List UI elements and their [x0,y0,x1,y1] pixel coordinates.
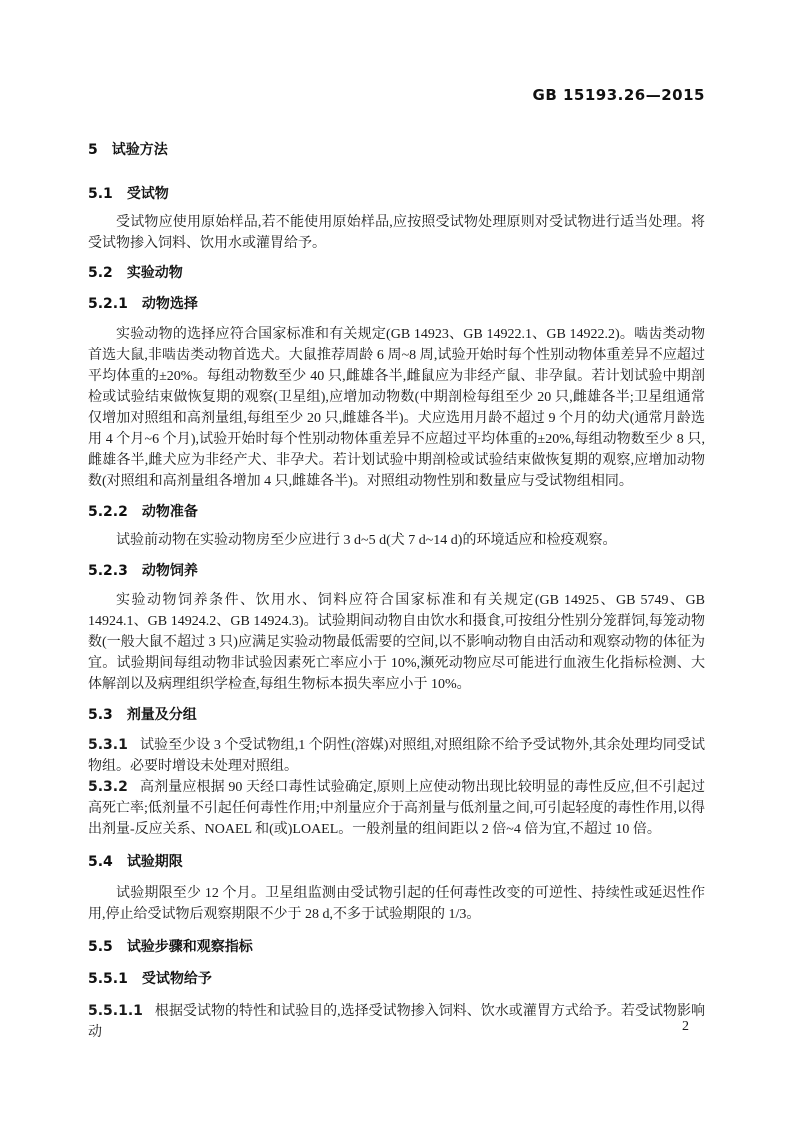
clause-number: 5.3.1 [88,737,128,753]
clause-number: 5.2 [88,265,113,281]
paragraph-5-3-1: 5.3.1试验至少设 3 个受试物组,1 个阴性(溶媒)对照组,对照组除不给予受… [88,735,705,777]
clause-number: 5.4 [88,854,113,870]
clause-number: 5.5 [88,939,113,955]
heading-5-5: 5.5试验步骤和观察指标 [88,937,705,958]
clause-title: 受试物给予 [142,971,212,987]
heading-5-2-3: 5.2.3动物饲养 [88,561,705,582]
heading-5-1: 5.1受试物 [88,184,705,205]
clause-number: 5.2.3 [88,563,128,579]
heading-5-2-2: 5.2.2动物准备 [88,502,705,523]
heading-5-2: 5.2实验动物 [88,263,705,284]
paragraph-5-2-3: 实验动物饲养条件、饮用水、饲料应符合国家标准和有关规定(GB 14925、GB … [88,590,705,695]
heading-5-5-1: 5.5.1受试物给予 [88,969,705,990]
clause-title: 试验期限 [127,854,183,870]
clause-title: 剂量及分组 [127,707,197,723]
clause-number: 5.2.1 [88,296,128,312]
clause-title: 动物准备 [142,504,198,520]
standard-number-header: GB 15193.26—2015 [533,86,705,104]
clause-title: 实验动物 [127,265,183,281]
document-body: 5试验方法 5.1受试物 受试物应使用原始样品,若不能使用原始样品,应按照受试物… [88,140,705,1043]
paragraph-text: 根据受试物的特性和试验目的,选择受试物掺入饲料、饮水或灌胃方式给予。若受试物影响… [88,1004,705,1040]
heading-5-2-1: 5.2.1动物选择 [88,294,705,315]
clause-number: 5.1 [88,186,113,202]
clause-number: 5.2.2 [88,504,128,520]
clause-title: 试验方法 [112,142,168,158]
clause-number: 5.5.1.1 [88,1003,143,1019]
clause-number: 5.5.1 [88,971,128,987]
clause-number: 5.3 [88,707,113,723]
clause-title: 动物选择 [142,296,198,312]
page-number: 2 [682,1019,689,1035]
clause-title: 试验步骤和观察指标 [127,939,253,955]
paragraph-text: 高剂量应根据 90 天经口毒性试验确定,原则上应使动物出现比较明显的毒性反应,但… [88,780,705,837]
clause-number: 5.3.2 [88,779,128,795]
paragraph-5-1: 受试物应使用原始样品,若不能使用原始样品,应按照受试物处理原则对受试物进行适当处… [88,212,705,254]
clause-title: 动物饲养 [142,563,198,579]
paragraph-5-5-1-1: 5.5.1.1根据受试物的特性和试验目的,选择受试物掺入饲料、饮水或灌胃方式给予… [88,1001,705,1043]
heading-5: 5试验方法 [88,140,705,161]
clause-number: 5 [88,142,98,158]
paragraph-5-2-1: 实验动物的选择应符合国家标准和有关规定(GB 14923、GB 14922.1、… [88,324,705,492]
document-page: GB 15193.26—2015 5试验方法 5.1受试物 受试物应使用原始样品… [0,0,793,1122]
clause-title: 受试物 [127,186,169,202]
paragraph-5-4: 试验期限至少 12 个月。卫星组监测由受试物引起的任何毒性改变的可逆性、持续性或… [88,883,705,925]
paragraph-text: 试验至少设 3 个受试物组,1 个阴性(溶媒)对照组,对照组除不给予受试物外,其… [88,738,705,774]
heading-5-3: 5.3剂量及分组 [88,705,705,726]
heading-5-4: 5.4试验期限 [88,852,705,873]
paragraph-5-2-2: 试验前动物在实验动物房至少应进行 3 d~5 d(犬 7 d~14 d)的环境适… [88,530,705,551]
paragraph-5-3-2: 5.3.2高剂量应根据 90 天经口毒性试验确定,原则上应使动物出现比较明显的毒… [88,777,705,840]
